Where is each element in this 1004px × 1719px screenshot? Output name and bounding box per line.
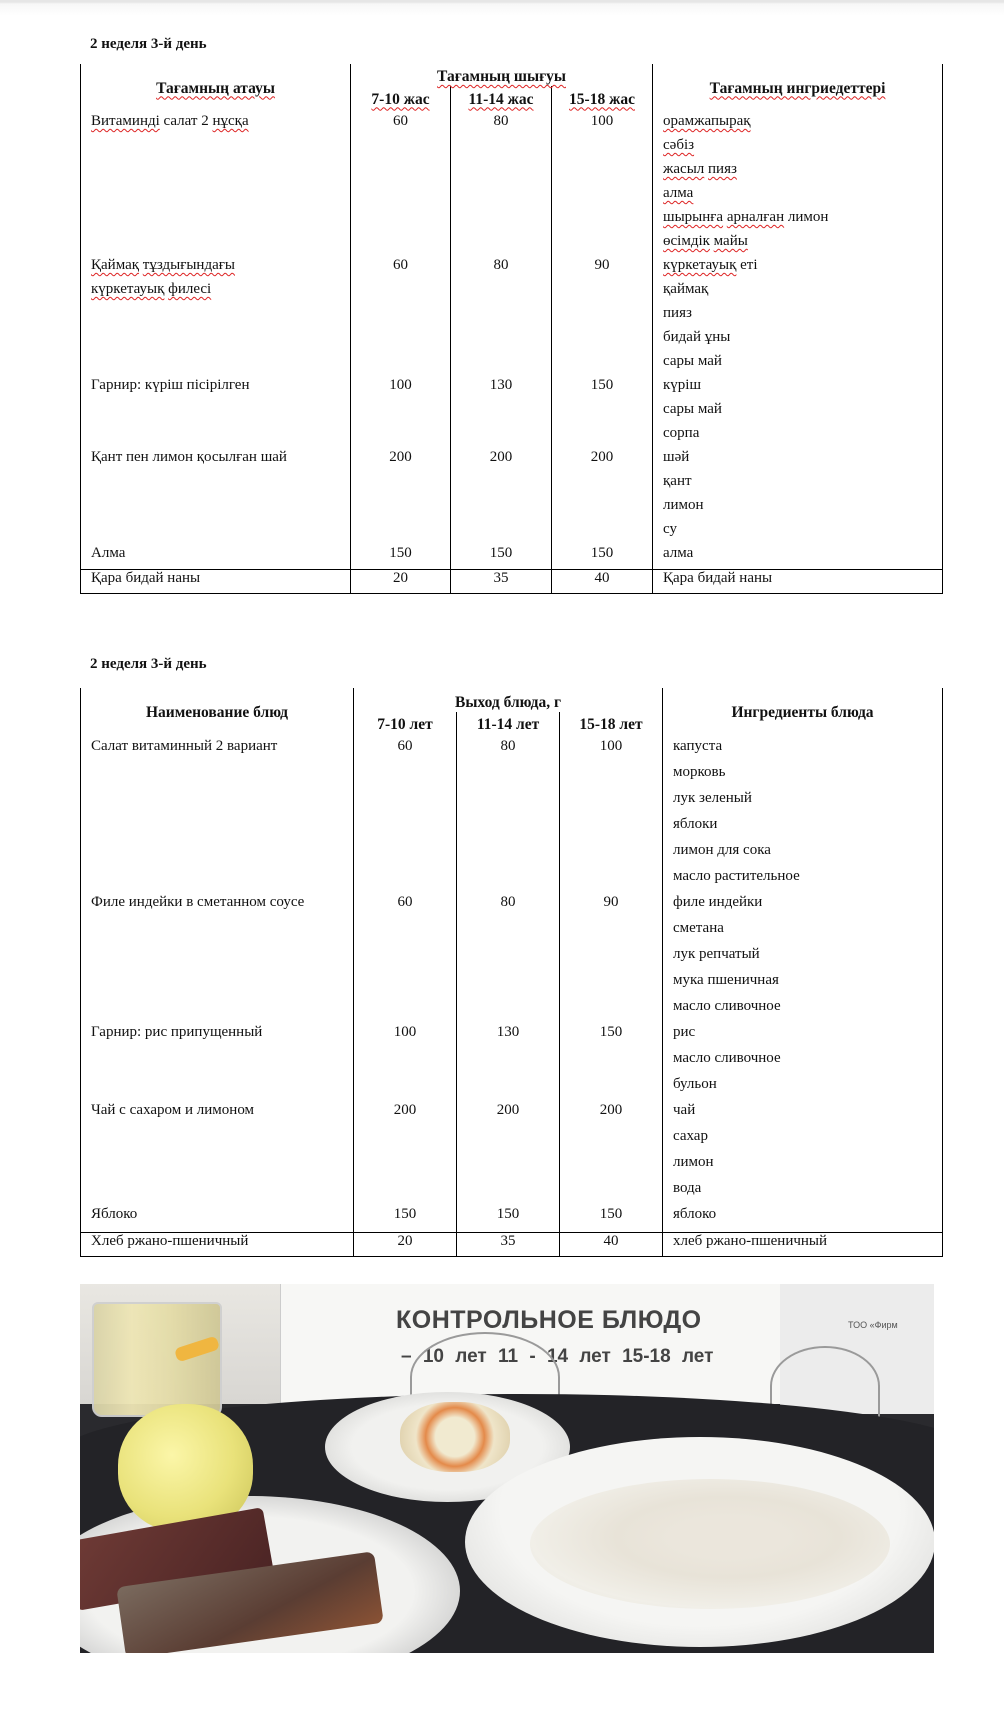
yield-cell (351, 401, 451, 425)
header-dish-name: Тағамның атауы (81, 64, 351, 113)
yield-cell (560, 946, 663, 972)
ingredient-cell: қант (653, 473, 943, 497)
ingredient-cell: вода (663, 1180, 943, 1206)
dish-name-cell (81, 764, 354, 790)
yield-cell: 150 (351, 545, 451, 569)
dish-name-cell (81, 920, 354, 946)
yield-cell (560, 920, 663, 946)
yield-cell: 80 (451, 113, 552, 137)
table-row: сметана (81, 920, 943, 946)
yield-cell (351, 137, 451, 161)
rice-with-turkey (530, 1479, 890, 1609)
dish-name-cell: Филе индейки в сметанном соусе (81, 894, 354, 920)
table-row: сахар (81, 1128, 943, 1154)
yield-cell (451, 473, 552, 497)
table-row: Гарнир: рис припущенный100130150рис (81, 1024, 943, 1050)
header-age-15-18: 15-18 жас (552, 86, 653, 113)
dish-name-cell: Алма (81, 545, 351, 569)
top-shadow (0, 0, 1004, 16)
ingredient-cell: мука пшеничная (663, 972, 943, 998)
section-heading-ru: 2 неделя 3-й день (90, 656, 207, 673)
yield-cell (354, 790, 457, 816)
yield-cell (451, 137, 552, 161)
yield-cell (560, 842, 663, 868)
table-row: морковь (81, 764, 943, 790)
dish-name-cell (81, 972, 354, 998)
table-row: бидай ұны (81, 329, 943, 353)
yield-cell (552, 137, 653, 161)
table-row: лимон для сока (81, 842, 943, 868)
yield-cell (457, 842, 560, 868)
ingredient-cell: сорпа (653, 425, 943, 449)
yield-cell: 60 (354, 894, 457, 920)
menu-table-kk: Тағамның атауы Тағамның шығуы Тағамның и… (80, 64, 943, 594)
dish-name-cell: Қаймақ тұздығындағы (81, 257, 351, 281)
yield-cell (560, 1180, 663, 1206)
yield-cell: 200 (451, 449, 552, 473)
table-row: шырынға арналған лимон (81, 209, 943, 233)
dish-name-cell (81, 946, 354, 972)
table-row: Қант пен лимон қосылған шай200200200шәй (81, 449, 943, 473)
dish-name-cell (81, 137, 351, 161)
yield-cell (457, 1076, 560, 1102)
yield-cell: 60 (351, 113, 451, 137)
dish-name-cell (81, 1050, 354, 1076)
yield-cell (457, 1180, 560, 1206)
yield-cell: 80 (457, 894, 560, 920)
section-heading-kk: 2 неделя 3-й день (90, 36, 207, 53)
ingredient-cell: чай (663, 1102, 943, 1128)
table-row: сорпа (81, 425, 943, 449)
header-age-11-14: 11-14 лет (457, 712, 560, 738)
dish-name-cell (81, 521, 351, 545)
table-row: Салат витаминный 2 вариант6080100капуста (81, 738, 943, 764)
ingredient-cell: пияз (653, 305, 943, 329)
ingredient-cell: күріш (653, 377, 943, 401)
yield-cell (451, 209, 552, 233)
table-row: сары май (81, 401, 943, 425)
yield-cell (354, 764, 457, 790)
yield-cell: 20 (354, 1232, 457, 1256)
table-row: Витаминді салат 2 нұсқа6080100орамжапыра… (81, 113, 943, 137)
header-dish-name: Наименование блюд (81, 688, 354, 738)
dish-name-cell: Чай с сахаром и лимоном (81, 1102, 354, 1128)
yield-cell (560, 1154, 663, 1180)
table-row: Яблоко150150150яблоко (81, 1206, 943, 1232)
ingredient-cell: сары май (653, 353, 943, 377)
yield-cell: 150 (457, 1206, 560, 1232)
yield-cell (354, 920, 457, 946)
dish-name-cell (81, 790, 354, 816)
yield-cell (351, 281, 451, 305)
dish-name-cell: Салат витаминный 2 вариант (81, 738, 354, 764)
yield-cell (451, 185, 552, 209)
yield-cell (351, 209, 451, 233)
ingredient-cell: рис (663, 1024, 943, 1050)
yield-cell (457, 1154, 560, 1180)
yield-cell (451, 353, 552, 377)
dish-name-cell: Қара бидай наны (81, 569, 351, 593)
yield-cell (451, 161, 552, 185)
ingredient-cell: лимон (663, 1154, 943, 1180)
ingredient-cell: сахар (663, 1128, 943, 1154)
yield-cell (560, 764, 663, 790)
yield-cell (552, 209, 653, 233)
company-card-text: ТОО «Фирм (848, 1320, 898, 1330)
yield-cell: 100 (354, 1024, 457, 1050)
ingredient-cell: хлеб ржано-пшеничный (663, 1232, 943, 1256)
yield-cell (457, 1128, 560, 1154)
ingredient-cell: лук зеленый (663, 790, 943, 816)
ingredient-cell: бульон (663, 1076, 943, 1102)
yield-cell (560, 1050, 663, 1076)
ingredient-cell: алма (653, 185, 943, 209)
yield-cell (351, 305, 451, 329)
table-row: лук зеленый (81, 790, 943, 816)
table-row: сәбіз (81, 137, 943, 161)
header-ingredients: Тағамның ингриедеттері (653, 64, 943, 113)
header-yield: Выход блюда, г (354, 688, 663, 712)
yield-cell (451, 425, 552, 449)
table-row: Гарнир: күріш пісірілген100130150күріш (81, 377, 943, 401)
table-row: сары май (81, 353, 943, 377)
yield-cell (354, 816, 457, 842)
sign-title: КОНТРОЛЬНОЕ БЛЮДО (396, 1306, 702, 1335)
yield-cell (354, 868, 457, 894)
yield-cell: 150 (552, 377, 653, 401)
yield-cell (560, 972, 663, 998)
yield-cell (552, 473, 653, 497)
table-body: Салат витаминный 2 вариант6080100капуста… (81, 738, 943, 1256)
yield-cell: 200 (560, 1102, 663, 1128)
ingredient-cell: күркетауық еті (653, 257, 943, 281)
header-age-7-10: 7-10 лет (354, 712, 457, 738)
yield-cell (560, 816, 663, 842)
dish-name-cell (81, 1180, 354, 1206)
yield-cell (354, 1154, 457, 1180)
table-row: пияз (81, 305, 943, 329)
yield-cell (560, 868, 663, 894)
yield-cell: 100 (552, 113, 653, 137)
ingredient-cell: лимон для сока (663, 842, 943, 868)
table-row: масло сливочное (81, 998, 943, 1024)
table-row: алма (81, 185, 943, 209)
yield-cell (457, 998, 560, 1024)
ingredient-cell: су (653, 521, 943, 545)
yield-cell (552, 281, 653, 305)
yield-cell (354, 842, 457, 868)
yield-cell (351, 329, 451, 353)
control-dish-sign: КОНТРОЛЬНОЕ БЛЮДО – 10 лет 11 - 14 лет 1… (280, 1284, 855, 1404)
dish-name-cell (81, 842, 354, 868)
dish-name-cell (81, 161, 351, 185)
yield-cell (451, 281, 552, 305)
table-row: масло сливочное (81, 1050, 943, 1076)
table-body: Витаминді салат 2 нұсқа6080100орамжапыра… (81, 113, 943, 593)
yield-cell: 90 (552, 257, 653, 281)
table-row: Хлеб ржано-пшеничный203540хлеб ржано-пше… (81, 1232, 943, 1256)
ingredient-cell: сметана (663, 920, 943, 946)
yield-cell (552, 425, 653, 449)
yield-cell: 130 (451, 377, 552, 401)
yield-cell (560, 1128, 663, 1154)
dish-name-cell: күркетауық филесі (81, 281, 351, 305)
yield-cell (351, 425, 451, 449)
yield-cell: 150 (354, 1206, 457, 1232)
ingredient-cell: орамжапырақ (653, 113, 943, 137)
yield-cell (552, 521, 653, 545)
yield-cell (354, 1076, 457, 1102)
dish-name-cell (81, 185, 351, 209)
yield-cell (552, 305, 653, 329)
yield-cell (354, 946, 457, 972)
yield-cell: 100 (560, 738, 663, 764)
ingredient-cell: сары май (653, 401, 943, 425)
ingredient-cell: лимон (653, 497, 943, 521)
dish-name-cell (81, 401, 351, 425)
dish-name-cell (81, 473, 351, 497)
yield-cell: 60 (354, 738, 457, 764)
header-age-11-14: 11-14 жас (451, 86, 552, 113)
dish-name-cell (81, 233, 351, 257)
table-row: Алма150150150алма (81, 545, 943, 569)
yield-cell: 60 (351, 257, 451, 281)
header-ingredients: Ингредиенты блюда (663, 688, 943, 738)
dish-name-cell (81, 1154, 354, 1180)
table-row: бульон (81, 1076, 943, 1102)
menu-table-ru: Наименование блюд Выход блюда, г Ингреди… (80, 688, 943, 1257)
yield-cell (457, 868, 560, 894)
dish-name-cell (81, 305, 351, 329)
table-row: лимон (81, 1154, 943, 1180)
yield-cell (457, 790, 560, 816)
table-row: жасыл пияз (81, 161, 943, 185)
yield-cell (457, 816, 560, 842)
dish-name-cell: Витаминді салат 2 нұсқа (81, 113, 351, 137)
yield-cell (354, 972, 457, 998)
yield-cell: 150 (560, 1024, 663, 1050)
yield-cell: 200 (354, 1102, 457, 1128)
dish-name-cell (81, 209, 351, 233)
header-yield: Тағамның шығуы (351, 64, 653, 86)
yield-cell: 35 (457, 1232, 560, 1256)
dish-name-cell (81, 1128, 354, 1154)
yield-cell: 200 (552, 449, 653, 473)
yield-cell (552, 329, 653, 353)
yield-cell (351, 353, 451, 377)
dish-name-cell (81, 497, 351, 521)
yield-cell (457, 972, 560, 998)
yield-cell (354, 1050, 457, 1076)
yield-cell (451, 233, 552, 257)
yield-cell (351, 521, 451, 545)
ingredient-cell: филе индейки (663, 894, 943, 920)
yield-cell (457, 1050, 560, 1076)
yield-cell (351, 185, 451, 209)
yield-cell (552, 497, 653, 521)
yield-cell: 200 (457, 1102, 560, 1128)
table-row: су (81, 521, 943, 545)
yield-cell (354, 1180, 457, 1206)
table-row: яблоки (81, 816, 943, 842)
yield-cell (560, 998, 663, 1024)
yield-cell: 130 (457, 1024, 560, 1050)
table-row: Қара бидай наны203540Қара бидай наны (81, 569, 943, 593)
yield-cell (451, 401, 552, 425)
table-row: Чай с сахаром и лимоном200200200чай (81, 1102, 943, 1128)
ingredient-cell: морковь (663, 764, 943, 790)
yield-cell: 200 (351, 449, 451, 473)
yield-cell (451, 329, 552, 353)
yield-cell: 100 (351, 377, 451, 401)
yield-cell: 80 (451, 257, 552, 281)
ingredient-cell: шырынға арналған лимон (653, 209, 943, 233)
yield-cell (351, 473, 451, 497)
dish-name-cell: Гарнир: күріш пісірілген (81, 377, 351, 401)
table-row: Филе индейки в сметанном соусе608090филе… (81, 894, 943, 920)
control-meal-photo: КОНТРОЛЬНОЕ БЛЮДО – 10 лет 11 - 14 лет 1… (80, 1284, 934, 1653)
ingredient-cell: яблоко (663, 1206, 943, 1232)
dish-name-cell (81, 353, 351, 377)
yield-cell: 150 (560, 1206, 663, 1232)
yield-cell: 35 (451, 569, 552, 593)
ingredient-cell: масло сливочное (663, 1050, 943, 1076)
dish-name-cell: Яблоко (81, 1206, 354, 1232)
yield-cell (351, 233, 451, 257)
ingredient-cell: сәбіз (653, 137, 943, 161)
table-row: өсімдік майы (81, 233, 943, 257)
yield-cell (552, 185, 653, 209)
yield-cell: 80 (457, 738, 560, 764)
yield-cell: 40 (552, 569, 653, 593)
dish-name-cell (81, 425, 351, 449)
table-row: вода (81, 1180, 943, 1206)
yield-cell (351, 497, 451, 521)
table-row: Қаймақ тұздығындағы608090күркетауық еті (81, 257, 943, 281)
ingredient-cell: масло растительное (663, 868, 943, 894)
yield-cell (552, 233, 653, 257)
yield-cell (457, 764, 560, 790)
table-row: масло растительное (81, 868, 943, 894)
yield-cell: 150 (552, 545, 653, 569)
yield-cell (354, 998, 457, 1024)
yield-cell: 150 (451, 545, 552, 569)
yield-cell (457, 946, 560, 972)
table-row: лимон (81, 497, 943, 521)
ingredient-cell: капуста (663, 738, 943, 764)
dish-name-cell (81, 998, 354, 1024)
yield-cell (451, 521, 552, 545)
ingredient-cell: жасыл пияз (653, 161, 943, 185)
yield-cell: 40 (560, 1232, 663, 1256)
dish-name-cell (81, 1076, 354, 1102)
yield-cell: 20 (351, 569, 451, 593)
yield-cell (457, 920, 560, 946)
yield-cell (560, 1076, 663, 1102)
yield-cell (552, 161, 653, 185)
ingredient-cell: бидай ұны (653, 329, 943, 353)
dish-name-cell (81, 868, 354, 894)
vitamin-salad (400, 1402, 510, 1472)
header-age-15-18: 15-18 лет (560, 712, 663, 738)
dish-name-cell (81, 816, 354, 842)
yield-cell (451, 305, 552, 329)
yield-cell: 90 (560, 894, 663, 920)
ingredient-cell: шәй (653, 449, 943, 473)
tea-glass (92, 1302, 222, 1417)
yield-cell (354, 1128, 457, 1154)
yield-cell (552, 353, 653, 377)
ingredient-cell: масло сливочное (663, 998, 943, 1024)
dish-name-cell (81, 329, 351, 353)
dish-name-cell: Хлеб ржано-пшеничный (81, 1232, 354, 1256)
yield-cell (451, 497, 552, 521)
yield-cell (552, 401, 653, 425)
ingredient-cell: лук репчатый (663, 946, 943, 972)
table-row: қант (81, 473, 943, 497)
table-row: лук репчатый (81, 946, 943, 972)
yield-cell (351, 161, 451, 185)
yield-cell (560, 790, 663, 816)
ingredient-cell: Қара бидай наны (653, 569, 943, 593)
dish-name-cell: Қант пен лимон қосылған шай (81, 449, 351, 473)
dish-name-cell: Гарнир: рис припущенный (81, 1024, 354, 1050)
ingredient-cell: яблоки (663, 816, 943, 842)
ingredient-cell: өсімдік майы (653, 233, 943, 257)
table-row: күркетауық филесіқаймақ (81, 281, 943, 305)
ingredient-cell: қаймақ (653, 281, 943, 305)
ingredient-cell: алма (653, 545, 943, 569)
header-age-7-10: 7-10 жас (351, 86, 451, 113)
table-row: мука пшеничная (81, 972, 943, 998)
